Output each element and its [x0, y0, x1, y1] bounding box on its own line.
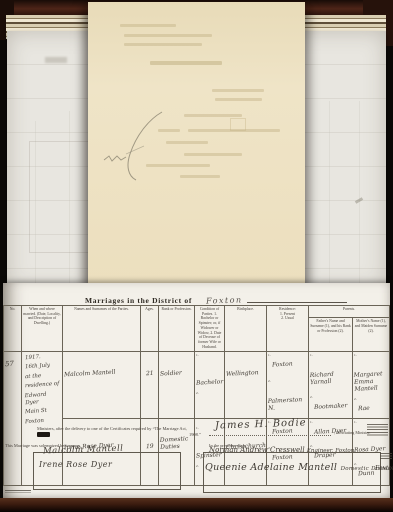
minister-note-text: Ministers, after the delivery to one of … [37, 426, 187, 431]
printed-marker: 2. [196, 464, 199, 468]
residence-usual-label: 2. Usual [281, 316, 294, 320]
groom-age: 21 [145, 369, 153, 377]
groom-residence-usual: Palmerston N. [268, 396, 308, 412]
printed-marker: 1. [310, 353, 313, 357]
signature-dotted-line [209, 435, 331, 436]
printed-marker: 1. [354, 353, 357, 357]
printed-marker: 2. [310, 395, 313, 399]
groom-mother-maiden: Rae [357, 405, 369, 413]
book-cover-bottom-edge [0, 498, 393, 512]
pencil-mark [45, 57, 67, 63]
col-header-ages: Ages. [141, 306, 159, 352]
officiating-minister-label: , Officiating Minister. [334, 430, 370, 435]
marriage-act-year: 1908.” [189, 432, 201, 437]
ghost-text-line [180, 175, 220, 178]
pencil-squiggle [96, 102, 176, 192]
form-title: Marriages in the District of [85, 296, 192, 305]
witness1-name: Norman Andrew Cresswell [209, 446, 305, 454]
col-header-rank: Rank or Profession. [159, 306, 195, 352]
col-header-birthplace: Birthplace. [225, 306, 267, 352]
groom-mother-cell: 1.Margaret Emma Mantell 2.Rae [353, 351, 390, 418]
bride-age: 19 [145, 443, 153, 451]
when-line: residence of [25, 381, 61, 390]
printed-marker: 2. [354, 397, 357, 401]
col-header-condition: Condition of Parties. 1. Bachelor or Spi… [195, 306, 225, 352]
ghost-text-line [184, 153, 242, 156]
book-photograph: Marriages in the District of Foxton No. … [0, 0, 393, 512]
ghost-text-line [124, 34, 212, 37]
groom-residence-cell: 1.Foxton 2.Palmerston N. [267, 351, 309, 418]
groom-father-rank: Bootmaker [313, 402, 347, 411]
witness1-occupation: Engineer, Foxton [307, 448, 354, 454]
ledger-ghost-table [29, 141, 93, 253]
residence-present-label: 1. Present [280, 312, 295, 316]
col-header-parents: Parents. [309, 306, 390, 318]
groom-name: Malcolm Mantell [64, 368, 116, 378]
ghost-text-line [124, 43, 202, 46]
groom-birthplace: Wellington [226, 369, 259, 378]
ghost-heading-line [150, 61, 222, 65]
ghost-text-line [188, 129, 280, 132]
printed-marker: 1. [354, 420, 357, 424]
col-header-father: Father's Name and Surname (1), and his R… [309, 318, 353, 351]
col-header-mother: Mother's Name (1), and Maiden Surname (2… [353, 318, 390, 351]
printed-marker: 1. [310, 420, 313, 424]
cream-overlay-sheet [88, 2, 305, 287]
ink-blot [37, 432, 50, 437]
groom-name-cell: Malcolm Mantell [63, 351, 141, 418]
when-line: 1917. [25, 352, 61, 361]
groom-rank-cell: Soldier [159, 351, 195, 418]
register-row-groom: 57 1917. 16th July at the residence of E… [4, 351, 390, 418]
fine-print-stamp [367, 424, 388, 436]
witness1-signature: Norman Andrew Cresswell Engineer, Foxton [209, 446, 354, 454]
groom-residence-present: Foxton [271, 360, 292, 368]
marriage-register-form: Marriages in the District of Foxton No. … [3, 283, 390, 499]
residence-title: Residence: [279, 307, 296, 311]
when-line: Main St [25, 407, 61, 416]
col-header-when: When and where married. (Date, Locality,… [22, 306, 63, 352]
bride-signature: Irene Rose Dyer [39, 460, 112, 469]
printed-marker: 2. [268, 379, 271, 383]
ghost-text-line [215, 98, 262, 101]
col-header-no: No. [4, 306, 22, 352]
groom-rank: Soldier [160, 369, 182, 377]
when-line: Foxton [25, 417, 61, 426]
groom-mother-name: Margaret Emma Mantell [353, 370, 388, 393]
ghost-text-line [120, 24, 176, 27]
printed-marker: 2. [196, 391, 199, 395]
when-line: Edward Dyer [25, 391, 62, 407]
groom-condition-cell: 1.Bachelor 2. [195, 351, 225, 418]
entry-number-cell: 57 [4, 351, 22, 485]
ghost-text-line [184, 114, 242, 117]
parties-signature-box [33, 452, 181, 490]
groom-father-cell: 1.Richard Yarnall 2.Bootmaker [309, 351, 353, 418]
when-line: 16th July [25, 362, 61, 371]
district-underline [247, 296, 347, 303]
witness2-address: Foxton [375, 465, 393, 472]
groom-age-cell: 21 [141, 351, 159, 418]
when-line: at the [25, 372, 61, 381]
groom-father-name: Richard Yarnall [310, 370, 352, 387]
groom-birthplace-cell: Wellington [225, 351, 267, 418]
ghost-text-line [212, 89, 264, 92]
fine-print-note [5, 490, 31, 493]
witness2-name: Queenie Adelaine Mantell [205, 462, 337, 473]
witness2-signature: Queenie Adelaine Mantell Domestic Duties [205, 462, 391, 473]
printed-marker: 1. [268, 353, 271, 357]
fine-print-stamp [380, 453, 392, 461]
col-header-names: Names and Surnames of the Parties. [63, 306, 141, 352]
printed-marker: 1. [196, 353, 199, 357]
entry-number: 57 [5, 359, 14, 368]
col-header-residence: Residence: 1. Present 2. Usual [267, 306, 309, 352]
groom-condition: Bachelor [196, 378, 224, 387]
minister-instruction-note: Ministers, after the delivery to one of … [37, 426, 199, 437]
